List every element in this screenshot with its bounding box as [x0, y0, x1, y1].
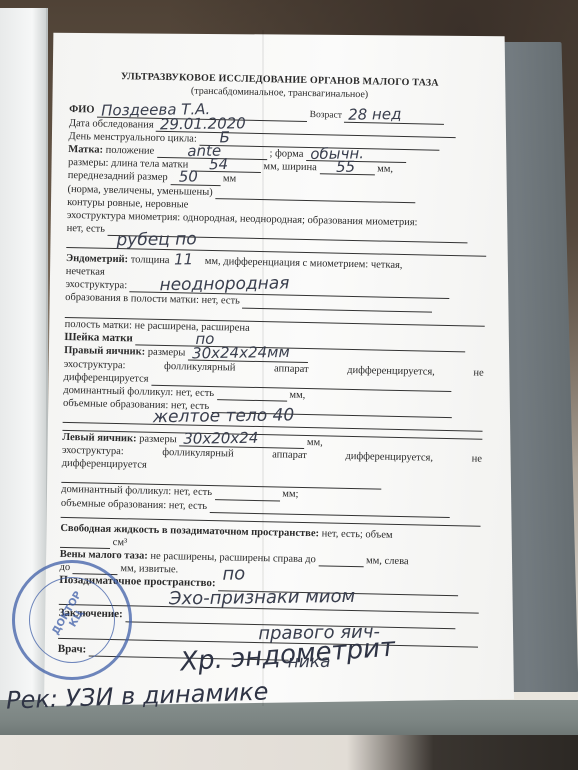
uterus-contours-label: контуры ровные, неровные — [67, 197, 188, 211]
uterus-ap-label: переднезадний размер — [68, 170, 168, 183]
fio-label: ФИО — [69, 104, 95, 116]
left-ovary-heading: Левый яичник: — [62, 432, 136, 445]
right-ovary-sizes-label: размеры — [148, 347, 186, 359]
free-fluid-rest: нет, есть; объем — [322, 528, 393, 540]
retrouterine-value: по — [222, 564, 245, 587]
conclusion-line1: Эхо-признаки миом — [169, 586, 355, 611]
uterus-ap-value: 50 — [178, 167, 197, 186]
endometrium-echo-label: эхоструктура: — [65, 279, 127, 291]
endometrium-thickness-label: толщина — [131, 254, 170, 266]
echo-word: эхоструктура: — [62, 444, 124, 458]
clinic-stamp: ДОКТОР КЦ — [12, 560, 132, 680]
age-label: Возраст — [310, 110, 342, 121]
uterus-heading: Матка: — [68, 144, 103, 156]
echo-word: аппарат — [272, 448, 307, 462]
veins-tortuous: мм, извитые. — [120, 563, 178, 575]
endometrium-thickness-field: 11 — [172, 256, 202, 268]
right-ovary-mm: мм, — [289, 389, 305, 400]
veins-mm-left: мм, слева — [366, 555, 409, 567]
endometrium-heading: Эндометрий: — [66, 253, 128, 265]
uterus-mm3: мм — [223, 174, 237, 185]
exam-date-label: Дата обследования — [69, 118, 154, 131]
uterus-shape-label: ; форма — [269, 148, 303, 160]
echo-word: не — [471, 453, 482, 466]
echo-word: эхоструктура: — [64, 357, 126, 371]
echo-word: не — [473, 366, 484, 379]
uterus-position-label: положение — [106, 145, 155, 157]
left-ovary-notdiff: дифференцируется — [62, 458, 147, 471]
ultrasound-form: УЛЬТРАЗВУКОВОЕ ИССЛЕДОВАНИЕ ОРГАНОВ МАЛО… — [58, 70, 490, 665]
right-ovary-heading: Правый яичник: — [64, 345, 145, 358]
uterus-length-value: 54 — [209, 155, 228, 174]
right-ovary-notdiff: дифференцируется — [63, 372, 148, 385]
uterus-mm1: мм, — [263, 161, 279, 172]
left-ovary-sizes-label: размеры — [139, 434, 177, 446]
myometrium-note-value: рубец по — [116, 229, 197, 251]
echo-word: аппарат — [274, 362, 309, 376]
uterus-mm2: мм, — [377, 164, 393, 175]
left-ovary-mm2: мм; — [282, 489, 298, 500]
myometrium-present-label: нет, есть — [67, 223, 106, 235]
age-value: 28 нед — [348, 105, 402, 124]
cervix-heading: Шейка матки — [64, 331, 133, 344]
free-fluid-unit: см³ — [113, 537, 128, 548]
left-ovary-mm: мм, — [307, 437, 323, 448]
endometrium-unclear-label: нечеткая — [66, 266, 105, 278]
floor-background — [0, 735, 578, 770]
uterus-width-label: ширина — [282, 162, 317, 174]
uterus-sizes-label: размеры: длина тела матки — [68, 157, 188, 171]
uterus-width-value: 55 — [335, 157, 354, 176]
